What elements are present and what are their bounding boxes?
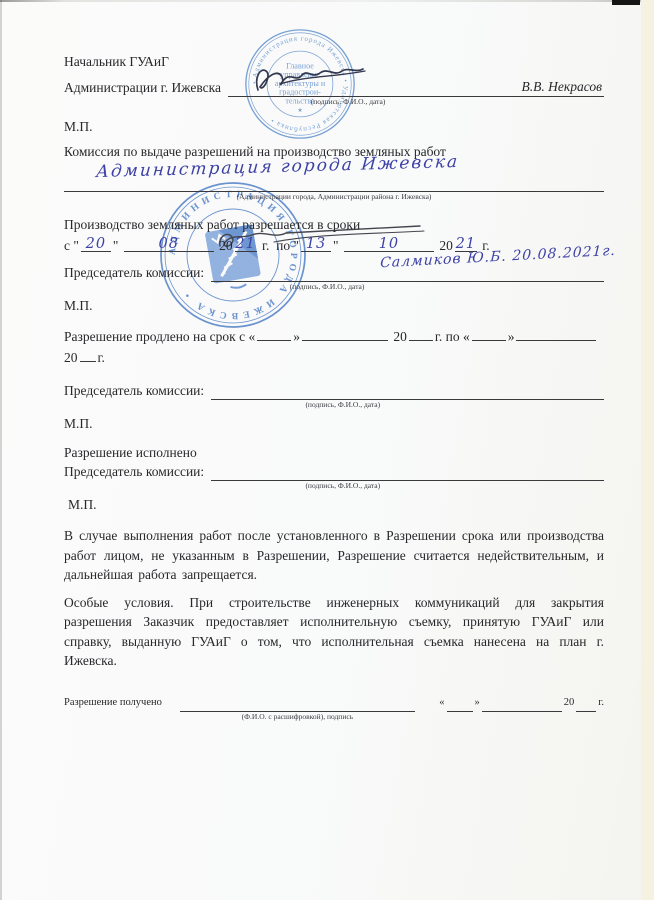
chairman-row-1: Председатель комиссии: Салмиков Ю.Б. 20.… xyxy=(64,263,604,282)
prolong-from-year-blank xyxy=(409,325,433,341)
received-caption: (Ф.И.О. с расшифровкой), подпись xyxy=(242,712,353,721)
seal-place-label: М.П. xyxy=(64,296,604,315)
period-from-open: с " xyxy=(64,238,79,253)
scan-artifact-notch xyxy=(612,0,640,5)
chairman-label: Председатель комиссии: xyxy=(64,462,204,481)
from-day-handwritten: 20 xyxy=(86,236,106,252)
laquo: « xyxy=(439,693,444,712)
prolong-prefix: Разрешение продлено на срок с « xyxy=(64,329,255,344)
received-row: Разрешение получено (Ф.И.О. с расшифровк… xyxy=(64,693,604,712)
to-day-handwritten: 13 xyxy=(306,236,326,252)
from-year-handwritten: 21 xyxy=(235,236,255,252)
chairman-row-2: Председатель комиссии: (подпись, Ф.И.О.,… xyxy=(64,381,604,400)
received-label: Разрешение получено xyxy=(64,693,162,712)
prolong-to-year-blank xyxy=(80,346,96,362)
prolong-from-month-blank xyxy=(302,325,388,341)
g-abbrev: г. xyxy=(262,238,269,253)
prolong-mid: г. по « xyxy=(435,329,470,344)
from-day-blank: 20 xyxy=(81,236,111,252)
seal-place-label: М.П. xyxy=(64,414,604,433)
chief-signature-line: В.В. Некрасов (подпись, Ф.И.О., дата) xyxy=(228,77,604,97)
chairman-signature-line: (подпись, Ф.И.О., дата) xyxy=(211,463,604,481)
to-month-blank: 10 xyxy=(344,236,434,252)
chairman-label: Председатель комиссии: xyxy=(64,381,204,400)
scanned-permit-document: • Администрация города Ижевска • Удмуртс… xyxy=(0,0,654,900)
raquo: » xyxy=(475,693,480,712)
chairman-row-3: Председатель комиссии: (подпись, Ф.И.О.,… xyxy=(64,462,604,481)
chairman-signature-line: (подпись, Ф.И.О., дата) xyxy=(211,382,604,400)
commission-caption: (Администрации города, Администрации рай… xyxy=(237,192,432,201)
century: 20 xyxy=(64,350,78,365)
received-day-blank xyxy=(447,696,473,712)
document-body: Начальник ГУАиГ Администрации г. Ижевска… xyxy=(64,52,604,712)
signature-caption: (подпись, Ф.И.О., дата) xyxy=(290,282,365,291)
g-abbrev: г. xyxy=(98,350,105,365)
raquo: » xyxy=(293,329,300,344)
to-month-handwritten: 10 xyxy=(379,236,399,252)
raquo: » xyxy=(508,329,515,344)
quote: " xyxy=(333,238,339,253)
work-period-label: Производство земляных работ разрешается … xyxy=(64,215,604,234)
century: 20 xyxy=(219,238,233,253)
received-month-blank xyxy=(482,696,562,712)
quote: " xyxy=(113,238,119,253)
prolong-to-month-blank xyxy=(516,325,596,341)
scan-edge-right-strip xyxy=(641,0,654,900)
scan-edge-top xyxy=(0,0,654,2)
chief-title-line1: Начальник ГУАиГ xyxy=(64,52,604,71)
chief-signature-row: Администрации г. Ижевска В.В. Некрасов (… xyxy=(64,77,604,97)
signature-caption: (подпись, Ф.И.О., дата) xyxy=(305,481,380,490)
chief-name: В.В. Некрасов xyxy=(522,77,604,96)
century: 20 xyxy=(564,693,575,712)
seal-place-label: М.П. xyxy=(64,117,604,136)
commission-fill-line: Администрация города Ижевска (Администра… xyxy=(64,175,604,192)
prolongation-line: Разрешение продлено на срок с «» 20г. по… xyxy=(64,325,604,367)
signature-caption: (подпись, Ф.И.О., дата) xyxy=(305,400,380,409)
clause-special-text: Особые условия. При строительстве инжене… xyxy=(64,593,604,671)
to-day-blank: 13 xyxy=(301,236,331,252)
chief-title-line2: Администрации г. Ижевска xyxy=(64,78,221,97)
from-month-handwritten: 08 xyxy=(159,236,179,252)
period-to-open: по " xyxy=(276,238,299,253)
clause-invalid-text: В случае выполнения работ после установл… xyxy=(64,526,604,585)
from-year-blank: 21 xyxy=(235,236,257,252)
chairman-signature-line: Салмиков Ю.Б. 20.08.2021г. (подпись, Ф.И… xyxy=(211,264,604,282)
scan-edge-left xyxy=(0,0,2,900)
century: 20 xyxy=(393,329,407,344)
g-abbrev: г. xyxy=(598,693,604,712)
prolong-from-day-blank xyxy=(257,325,291,341)
prolong-to-day-blank xyxy=(472,325,506,341)
received-name-blank: (Ф.И.О. с расшифровкой), подпись xyxy=(180,696,415,712)
signature-caption: (подпись, Ф.И.О., дата) xyxy=(311,97,386,106)
received-year-blank xyxy=(576,696,596,712)
from-month-blank: 08 xyxy=(124,236,214,252)
executed-title: Разрешение исполнено xyxy=(64,443,604,462)
seal-place-label: М.П. xyxy=(68,495,604,514)
chairman-label: Председатель комиссии: xyxy=(64,263,204,282)
